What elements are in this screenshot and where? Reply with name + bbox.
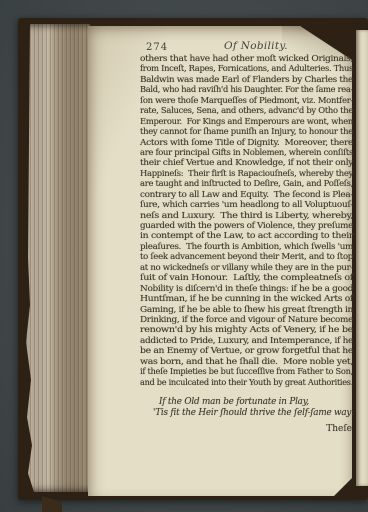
body-text-line: rate, Saluces, Sena, and others, advanc'… bbox=[140, 105, 353, 115]
body-text-line: Drinking, if the force and vigour of Nat… bbox=[140, 314, 353, 324]
fanned-page-edges bbox=[26, 24, 90, 492]
body-text-line: and be inculcated into their Youth by gr… bbox=[140, 377, 353, 387]
body-text-line: Baldwin was made Earl of Flanders by Cha… bbox=[140, 74, 353, 84]
body-text-line: ſon were thoſe Marqueſſes of Piedmont, v… bbox=[140, 95, 353, 105]
body-text-line: contrary to all Law and Equity. The ſeco… bbox=[140, 189, 353, 199]
body-text-line: addicted to Pride, Luxury, and Intempera… bbox=[140, 335, 353, 345]
body-text-line: Happineſs: Their firſt is Rapaciouſneſs,… bbox=[140, 168, 353, 178]
body-text-line: ſure, which carries 'um headlong to all … bbox=[140, 199, 353, 209]
running-head: Of Nobility. bbox=[224, 40, 288, 52]
body-text-line: Gaming, if he be able to ſhew his great … bbox=[140, 304, 353, 314]
body-text-line: to ſeek advancement beyond their Merit, … bbox=[140, 251, 353, 261]
body-text-line: Nobility is diſcern'd in theſe things: i… bbox=[140, 283, 353, 293]
body-text-line: Actors with ſome Title of Dignity. Moreo… bbox=[140, 137, 353, 147]
body-text-line: guarded with the powers of Violence, the… bbox=[140, 220, 353, 230]
verse-line: 'Tis fit the Heir ſhould thrive the ſelf… bbox=[153, 408, 366, 419]
body-text-line: Bald, who had raviſh'd his Daughter. For… bbox=[140, 84, 353, 94]
page-number: 274 bbox=[146, 42, 168, 53]
body-text-line: if theſe Impieties be but ſucceſſive fro… bbox=[140, 366, 353, 376]
body-text-line: Emperour. For Kings and Emperours are wo… bbox=[140, 116, 353, 126]
scanned-book-photo: { "book_page": { "page_number": "274", "… bbox=[0, 0, 368, 512]
body-text-line: be an Enemy of Vertue, or grow forgetful… bbox=[140, 345, 353, 355]
body-text-line: was born, and that he ſhall die. More no… bbox=[140, 356, 353, 366]
body-text-line: pleaſures. The fourth is Ambition, which… bbox=[140, 241, 353, 251]
page-header: 274 Of Nobility. bbox=[88, 40, 352, 54]
body-text: others that have had other moſt wicked O… bbox=[140, 53, 353, 387]
body-text-line: at no wickedneſs or villany while they a… bbox=[140, 262, 353, 272]
body-text-line: are taught and inſtructed to Deſire, Gai… bbox=[140, 178, 353, 188]
cover-corner bbox=[42, 496, 62, 512]
body-text-line: Huntſman, if he be cunning in the wicked… bbox=[140, 293, 353, 303]
body-text-line: are four principal Gifts in Noblemen, wh… bbox=[140, 147, 353, 157]
body-text-line: renown'd by his mighty Acts of Venery, i… bbox=[140, 324, 353, 334]
verse-line: If the Old man be fortunate in Play, bbox=[153, 397, 366, 408]
body-text-line: their chief Vertue and Knowledge, if not… bbox=[140, 157, 353, 167]
body-text-line: in contempt of the Law, to act according… bbox=[140, 230, 353, 240]
body-text-line: ſuit of vain Honour. Laſtly, the complea… bbox=[140, 272, 353, 282]
body-text-line: neſs and Luxury. The third is Liberty, w… bbox=[140, 210, 353, 220]
verse-couplet: If the Old man be fortunate in Play,'Tis… bbox=[153, 397, 366, 419]
catchword: Theſe bbox=[140, 424, 352, 434]
body-text-line: from Inceſt, Rapes, Fornications, and Ad… bbox=[140, 63, 353, 73]
body-text-line: they cannot for ſhame puniſh an Injury, … bbox=[140, 126, 353, 136]
body-text-line: others that have had other moſt wicked O… bbox=[140, 53, 353, 63]
